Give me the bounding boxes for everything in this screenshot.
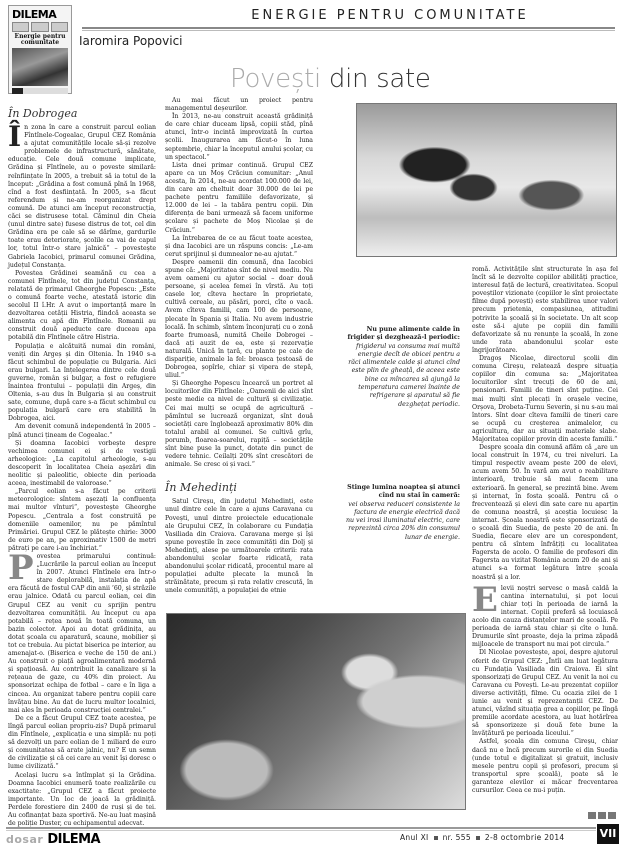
- thumbnail-footer: [12, 88, 68, 94]
- paragraph: Și Gheorghe Popescu încearcă un portret …: [165, 380, 313, 469]
- paragraph: Despre școala din comună aflăm că „are u…: [472, 444, 618, 582]
- footer-logo-dilema: DILEMA: [47, 832, 100, 847]
- headline-dark: din sate: [321, 64, 431, 94]
- thumbnail-teasers: [12, 22, 68, 32]
- article-headline: Povești din sate: [230, 64, 431, 94]
- tip-body: vei observa reduceri consistente la fact…: [345, 501, 460, 542]
- headline-light: Povești: [230, 64, 321, 94]
- issue-dates: 2-8 octombrie 2014: [485, 833, 565, 842]
- section-title: ENERGIE PENTRU COMUNITATE: [170, 8, 610, 23]
- end-of-article-marks: [588, 812, 616, 819]
- paragraph: Astfel, școala din comuna Cireșu, chiar …: [472, 738, 618, 795]
- paragraph: Și doamna Iacobici vorbește despre vechi…: [8, 440, 156, 489]
- paragraph: Satul Cireșu, din județul Mehedinți, est…: [165, 498, 313, 595]
- paragraph: Dragoș Nicolae, directorul școlii din co…: [472, 355, 618, 444]
- thumbnail-cover-photo: [12, 48, 68, 86]
- paragraph: Elevii noștri servesc o masă caldă la ca…: [472, 585, 618, 650]
- paragraph: Am devenit comună independentă în 2005 –…: [8, 423, 156, 439]
- magazine-cover-thumbnail: DILEMA Energie pentru comunitate: [8, 5, 72, 94]
- paragraph: Despre oamenii din comună, dna Iacobici …: [165, 259, 313, 380]
- drop-cap: P: [8, 554, 34, 582]
- subhead-mehedinti: În Mehedinți: [165, 481, 313, 494]
- paragraph: Au mai făcut un proiect pentru managemen…: [165, 97, 313, 113]
- paragraph: Lista dnei primar continuă. Grupul CEZ a…: [165, 162, 313, 235]
- tip-lead: Stinge lumina noaptea și atunci cînd nu …: [345, 484, 460, 501]
- thumbnail-title: Energie pentru comunitate: [12, 34, 68, 46]
- energy-tip-lighting: Stinge lumina noaptea și atunci cînd nu …: [345, 484, 460, 542]
- classroom-photo: [356, 103, 617, 257]
- paragraph: Dl Nicolae povestește, apoi, despre ajut…: [472, 649, 618, 738]
- footer-logo: dosar DILEMA: [6, 832, 100, 847]
- paragraph: Același lucru s-a întîmplat și la Grădin…: [8, 772, 156, 829]
- page-number: VII: [597, 824, 619, 844]
- subhead-dobrogea: În Dobrogea: [8, 107, 156, 120]
- issue-number: nr. 555: [443, 833, 471, 842]
- children-outdoor-photo: [166, 613, 466, 810]
- paragraph: În 2013, ne-au construit această grădini…: [165, 113, 313, 162]
- paragraph: romă. Activitățile sînt structurate în a…: [472, 266, 618, 355]
- paragraph: Populația e alcătuită numai din români, …: [8, 343, 156, 424]
- drop-cap: E: [472, 586, 498, 614]
- article-column-1: În Dobrogea În zona în care a construit …: [8, 107, 156, 828]
- tip-body: frigiderul va consuma mai multă energie …: [345, 343, 460, 409]
- header-rule: [82, 27, 615, 31]
- footer-logo-dosar: dosar: [6, 833, 43, 846]
- author-byline: Iaromira Popovici: [79, 34, 183, 48]
- separator-square-icon: [434, 836, 438, 840]
- paragraph: În zona în care a construit parcul eolia…: [8, 124, 156, 270]
- article-column-2: Au mai făcut un proiect pentru managemen…: [165, 97, 313, 595]
- separator-square-icon: [476, 836, 480, 840]
- paragraph: Povestea primarului continuă: „Lucrările…: [8, 553, 156, 715]
- tip-lead: Nu pune alimente calde în frigider și de…: [345, 326, 460, 343]
- issue-year: Anul XI: [400, 833, 429, 842]
- drop-cap: Î: [8, 125, 21, 149]
- energy-tip-fridge: Nu pune alimente calde în frigider și de…: [345, 326, 460, 409]
- footer-rule: [6, 827, 596, 831]
- article-column-4: romă. Activitățile sînt structurate în a…: [472, 266, 618, 795]
- thumbnail-logo: DILEMA: [12, 9, 68, 20]
- issue-info: Anul XInr. 5552-8 octombrie 2014: [400, 833, 565, 842]
- paragraph: La întrebarea de ce au făcut toate acest…: [165, 235, 313, 259]
- paragraph: „Parcul eolian s-a făcut pe criterii met…: [8, 488, 156, 553]
- paragraph: De ce a făcut Grupul CEZ toate acestea, …: [8, 715, 156, 772]
- paragraph: Povestea Grădinei seamănă cu cea a comun…: [8, 270, 156, 343]
